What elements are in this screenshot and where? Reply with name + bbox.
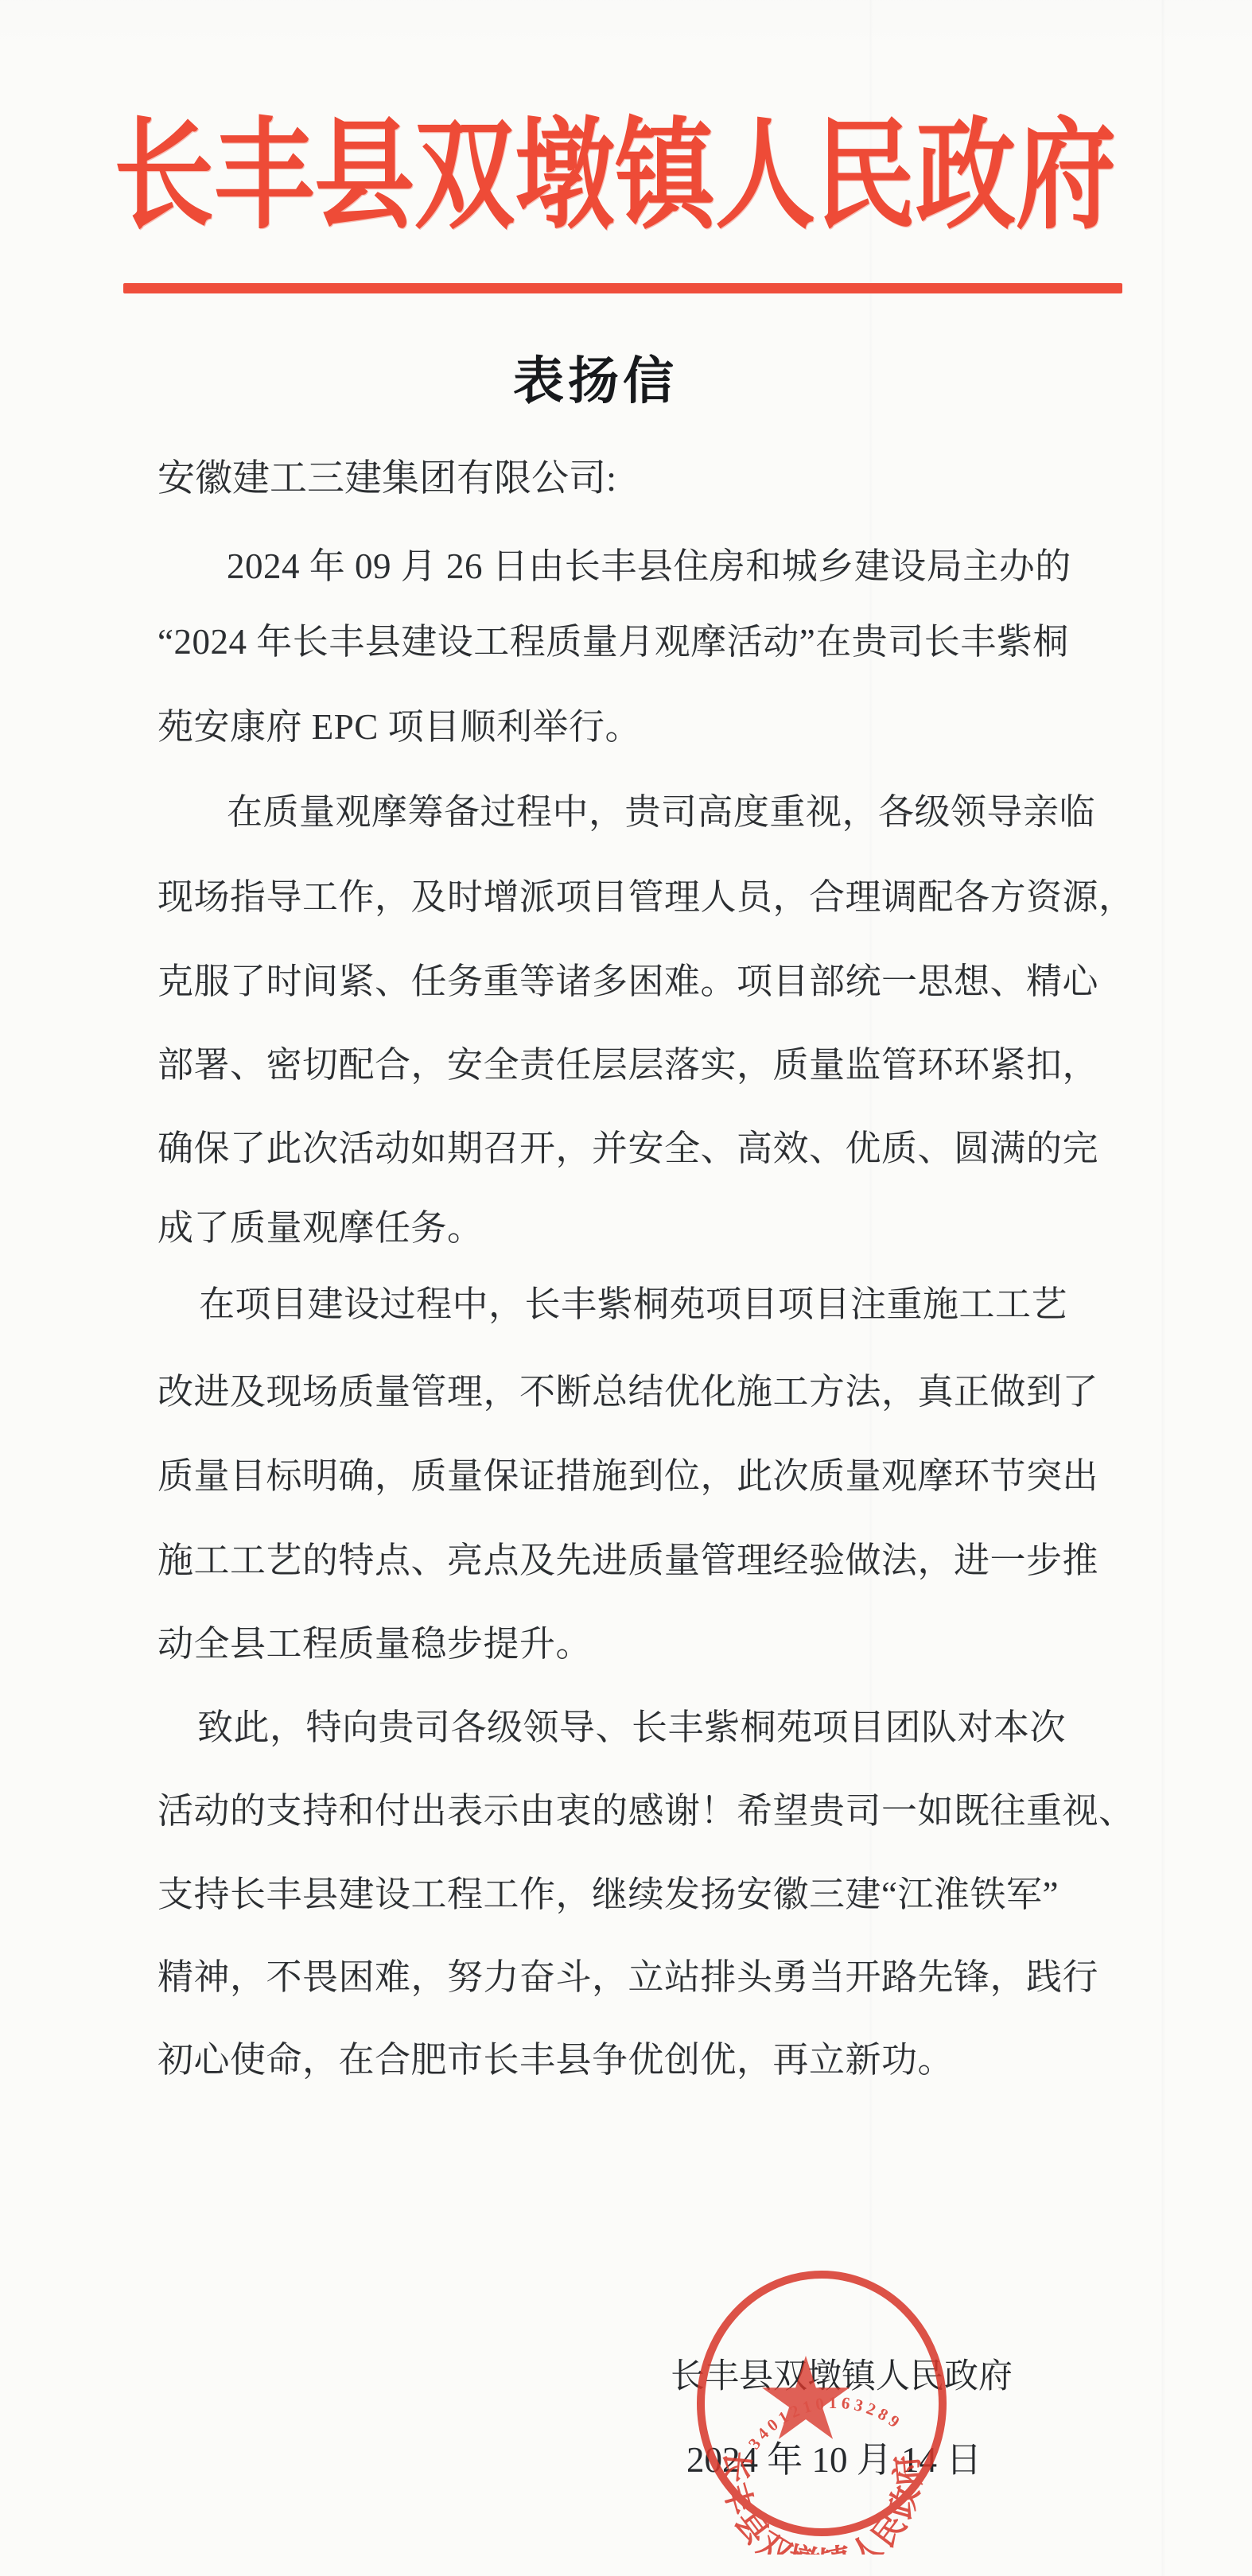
salutation: 安徽建工三建集团有限公司:: [157, 460, 616, 499]
body-line: 支持长丰县建设工程工作，继续发扬安徽三建“江淮铁军”: [157, 1875, 1059, 1914]
body-line: 部署、密切配合，安全责任层层落实，质量监管环环紧扣，: [157, 1046, 1098, 1085]
body-line: 2024 年 09 月 26 日由长丰县住房和城乡建设局主办的: [227, 547, 1071, 586]
body-line: 在质量观摩筹备过程中，贵司高度重视，各级领导亲临: [227, 793, 1095, 832]
body-line: 成了质量观摩任务。: [157, 1209, 484, 1248]
official-seal: 长丰县双墩镇人民政府 3401210163289: [682, 2260, 961, 2555]
body-line: 精神，不畏困难，努力奋斗，立站排头勇当开路先锋，践行: [157, 1958, 1098, 1997]
body-line: 改进及现场质量管理，不断总结优化施工方法，真正做到了: [157, 1373, 1098, 1412]
letter-title: 表扬信: [513, 355, 678, 408]
body-line: 动全县工程质量稳步提升。: [157, 1625, 592, 1664]
body-line: 现场指导工作，及时增派项目管理人员，合理调配各方资源，: [157, 878, 1135, 917]
seal-arc-text-holder: 长丰县双墩镇人民政府: [717, 2450, 927, 2555]
body-line: 克服了时间紧、任务重等诸多困难。项目部统一思想、精心: [157, 962, 1098, 1001]
body-line: 确保了此次活动如期召开，并安全、高效、优质、圆满的完: [157, 1129, 1098, 1168]
body-line: 苑安康府 EPC 项目顺利举行。: [157, 708, 641, 747]
body-line: 初心使命，在合肥市长丰县争优创优，再立新功。: [157, 2041, 954, 2080]
seal-arc-text: 长丰县双墩镇人民政府: [717, 2450, 927, 2555]
scanned-letter-page: 长丰县双墩镇人民政府 表扬信 安徽建工三建集团有限公司: 2024 年 09 月…: [0, 0, 1252, 2576]
body-line: 质量目标明确，质量保证措施到位，此次质量观摩环节突出: [157, 1457, 1098, 1496]
body-line: 活动的支持和付出表示由衷的感谢！希望贵司一如既往重视、: [157, 1792, 1135, 1831]
letterhead-org-name: 长丰县双墩镇人民政府: [114, 118, 1140, 238]
body-line: 致此，特向贵司各级领导、长丰紫桐苑项目团队对本次: [197, 1708, 1066, 1747]
body-line: 施工工艺的特点、亮点及先进质量管理经验做法，进一步推: [157, 1541, 1098, 1580]
body-line: “2024 年长丰县建设工程质量月观摩活动”在贵司长丰紫桐: [157, 623, 1069, 662]
body-line: 在项目建设过程中，长丰紫桐苑项目项目注重施工工艺: [199, 1285, 1067, 1324]
letterhead-rule: [123, 283, 1122, 293]
